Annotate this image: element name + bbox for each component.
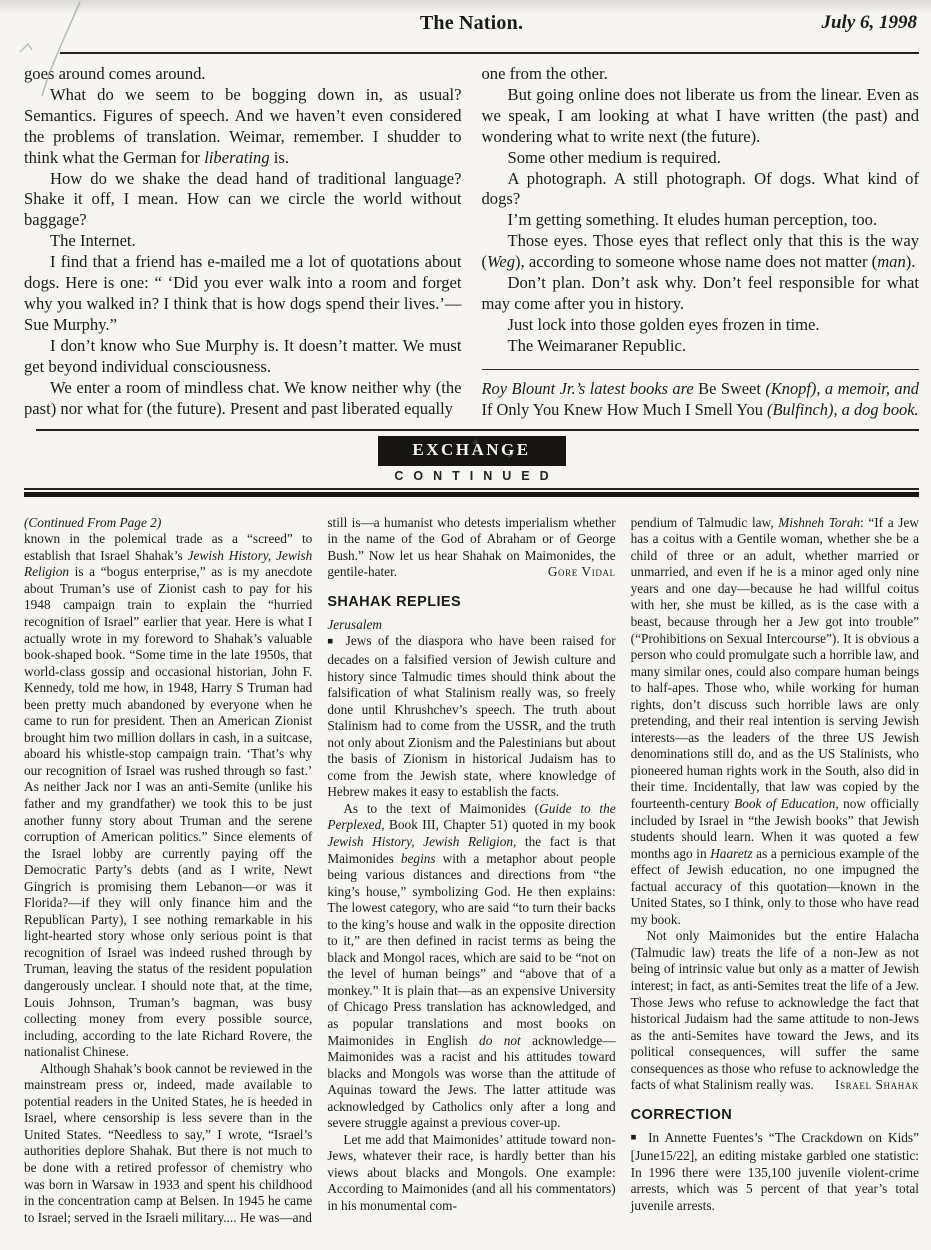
section-heading: CORRECTION: [631, 1107, 919, 1123]
paragraph: A photograph. A still photograph. Of dog…: [482, 169, 920, 211]
text-run: In Annette Fuentes’s “The Crackdown on K…: [631, 1130, 919, 1213]
text-run: ).: [906, 252, 916, 271]
text-run: Jews of the diaspora who have been raise…: [327, 633, 615, 799]
page-header: The Nation. July 6, 1998: [24, 12, 919, 46]
top-article-right-column: one from the other.But going online does…: [482, 64, 920, 420]
text-run: Just lock into those golden eyes frozen …: [508, 315, 820, 334]
paragraph: pendium of Talmudic law, Mishneh Torah: …: [631, 515, 919, 929]
text-run: goes around comes around.: [24, 64, 206, 83]
exchange-column-3: pendium of Talmudic law, Mishneh Torah: …: [631, 515, 919, 1227]
text-run: one from the other.: [482, 64, 608, 83]
paragraph: The Weimaraner Republic.: [482, 336, 920, 357]
paragraph: How do we shake the dead hand of traditi…: [24, 169, 462, 232]
paragraph: ■ Jews of the diaspora who have been rai…: [327, 633, 615, 800]
paragraph: I’m getting something. It eludes human p…: [482, 210, 920, 231]
italic-run: Haaretz: [710, 846, 752, 861]
text-run: ), according to someone whose name does …: [515, 252, 877, 271]
text-run: A photograph. A still photograph. Of dog…: [482, 169, 920, 209]
paragraph: Don’t plan. Don’t ask why. Don’t feel re…: [482, 273, 920, 315]
text-run: I find that a friend has e-mailed me a l…: [24, 252, 462, 334]
italic-run: begins: [401, 851, 436, 866]
italic-run: Mishneh Torah: [778, 515, 860, 530]
issue-date: July 6, 1998: [821, 12, 917, 34]
square-bullet: ■: [631, 1132, 639, 1143]
text-run: Let me add that Maimonides’ attitude tow…: [327, 1132, 615, 1213]
text-run: , Book III, Chapter 51) quoted in my boo…: [381, 817, 615, 832]
dateline: Jerusalem: [327, 617, 615, 634]
paragraph: Some other medium is required.: [482, 148, 920, 169]
paragraph: goes around comes around.: [24, 64, 462, 85]
attribution: Gore Vidal: [548, 564, 616, 581]
section-heading: SHAHAK REPLIES: [327, 594, 615, 610]
banner-rule-thin: [24, 488, 919, 490]
text-run: is a “bogus enterprise,” as is my anecdo…: [24, 564, 312, 1059]
paragraph: I find that a friend has e-mailed me a l…: [24, 252, 462, 336]
text-run: Although Shahak’s book cannot be reviewe…: [24, 1061, 312, 1225]
paragraph: But going online does not liberate us fr…: [482, 85, 920, 148]
exchange-banner-subtitle: CONTINUED: [24, 469, 919, 483]
paragraph: As to the text of Maimonides (Guide to t…: [327, 801, 615, 1132]
exchange-column-2: still is—a humanist who detests imperial…: [327, 515, 615, 1227]
text-run: pendium of Talmudic law,: [631, 515, 779, 530]
paragraph: still is—a humanist who detests imperial…: [327, 515, 615, 581]
paragraph: Not only Maimonides but the entire Halac…: [631, 928, 919, 1093]
italic-run: Weg: [487, 252, 515, 271]
paragraph: ■ In Annette Fuentes’s “The Crackdown on…: [631, 1130, 919, 1215]
text-run: is.: [270, 148, 289, 167]
text-run: We enter a room of mindless chat. We kno…: [24, 378, 462, 418]
header-rule: [60, 52, 919, 54]
banner-rule-bottom: [24, 488, 919, 497]
paragraph: We enter a room of mindless chat. We kno…: [24, 378, 462, 420]
text-run: If Only You Knew How Much I Smell You: [482, 400, 768, 419]
exchange-banner: EXCHANGE CONTINUED: [24, 429, 919, 497]
top-article-left-column: goes around comes around.What do we seem…: [24, 64, 462, 420]
text-run: I’m getting something. It eludes human p…: [508, 210, 878, 229]
text-run: : “If a Jew has a coitus with a Gentile …: [631, 515, 919, 811]
paragraph: Although Shahak’s book cannot be reviewe…: [24, 1061, 312, 1226]
text-run: Be Sweet: [698, 379, 765, 398]
top-article: goes around comes around.What do we seem…: [24, 64, 919, 420]
text-run: The Internet.: [50, 231, 136, 250]
italic-run: do not: [479, 1033, 521, 1048]
paragraph: known in the polemical trade as a “scree…: [24, 531, 312, 1061]
paragraph: Roy Blount Jr.’s latest books are Be Swe…: [482, 378, 920, 420]
text-run: Some other medium is required.: [508, 148, 721, 167]
text-run: The Weimaraner Republic.: [508, 336, 687, 355]
italic-run: (Bulfinch), a dog book.: [767, 400, 919, 419]
italic-run: Jewish History, Jewish Religion: [327, 834, 513, 849]
italic-run: Book of Education: [734, 796, 835, 811]
paragraph: Let me add that Maimonides’ attitude tow…: [327, 1132, 615, 1215]
masthead: The Nation.: [24, 12, 919, 35]
text-run: How do we shake the dead hand of traditi…: [24, 169, 462, 230]
paragraph: Just lock into those golden eyes frozen …: [482, 315, 920, 336]
exchange-banner-title: EXCHANGE: [378, 436, 566, 466]
magazine-page: The Nation. July 6, 1998 goes around com…: [0, 0, 931, 1250]
text-run: As to the text of Maimonides (: [343, 801, 539, 816]
square-bullet: ■: [327, 636, 336, 647]
banner-rule-top: [36, 429, 919, 431]
dateline: (Continued From Page 2): [24, 515, 312, 532]
text-run: with a metaphor about people being vario…: [327, 851, 615, 1048]
attribution: Israel Shahak: [819, 1077, 919, 1094]
paragraph: What do we seem to be bogging down in, a…: [24, 85, 462, 169]
paragraph: The Internet.: [24, 231, 462, 252]
banner-rule-thick: [24, 492, 919, 497]
text-run: Don’t plan. Don’t ask why. Don’t feel re…: [482, 273, 920, 313]
exchange-column-1: (Continued From Page 2)known in the pole…: [24, 515, 312, 1227]
text-run: But going online does not liberate us fr…: [482, 85, 920, 146]
italic-run: man: [877, 252, 906, 271]
text-run: Not only Maimonides but the entire Halac…: [631, 928, 919, 1092]
italic-run: Roy Blount Jr.’s latest books are: [482, 379, 699, 398]
italic-run: liberating: [204, 148, 269, 167]
exchange-continued-article: (Continued From Page 2)known in the pole…: [24, 515, 919, 1227]
paragraph: I don’t know who Sue Murphy is. It doesn…: [24, 336, 462, 378]
paragraph: one from the other.: [482, 64, 920, 85]
paragraph: Those eyes. Those eyes that reflect only…: [482, 231, 920, 273]
text-run: I don’t know who Sue Murphy is. It doesn…: [24, 336, 462, 376]
italic-run: (Knopf), a memoir, and: [765, 379, 919, 398]
bio-divider: [482, 369, 920, 370]
